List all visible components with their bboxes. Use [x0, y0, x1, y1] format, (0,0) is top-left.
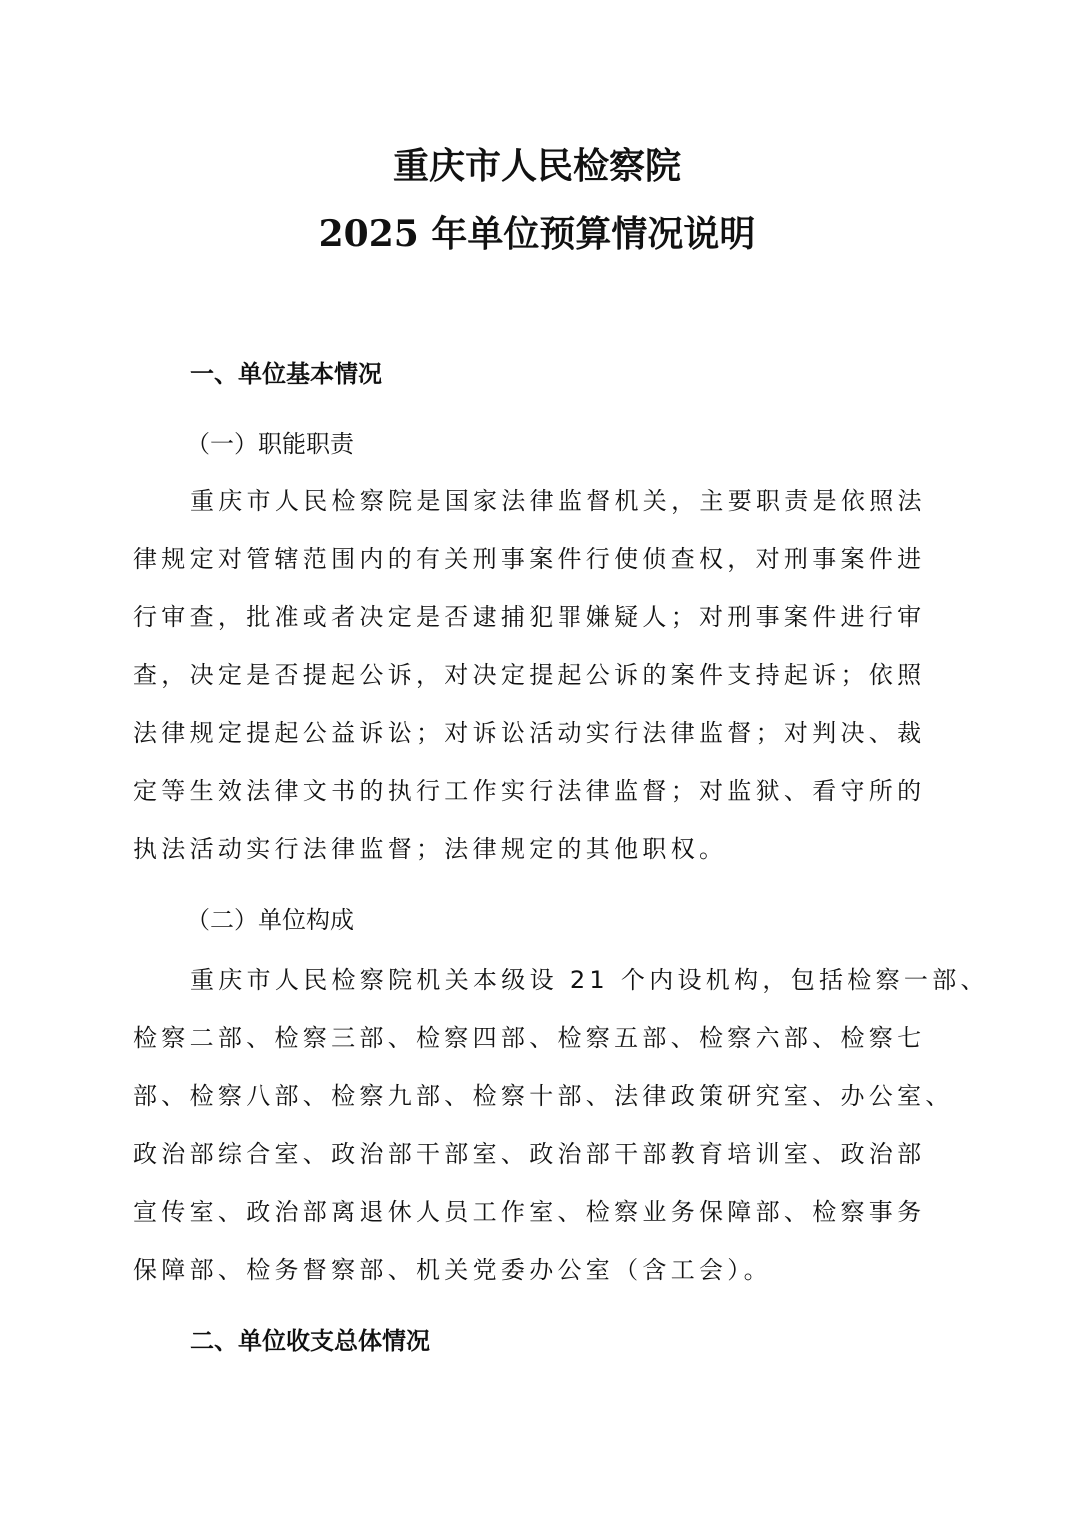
text-line: 部、检察八部、检察九部、检察十部、法律政策研究室、办公室、 [133, 1067, 943, 1125]
subsection-heading-duties: （一）职能职责 [186, 424, 354, 459]
section-heading-income-expenditure: 二、单位收支总体情况 [190, 1321, 430, 1356]
text-line: 执法活动实行法律监督；法律规定的其他职权。 [133, 820, 943, 878]
text-line: 保障部、检务督察部、机关党委办公室（含工会）。 [133, 1241, 943, 1299]
composition-paragraph: 重庆市人民检察院机关本级设 21 个内设机构，包括检察一部、 检察二部、检察三部… [133, 951, 943, 1299]
text-line: 检察二部、检察三部、检察四部、检察五部、检察六部、检察七 [133, 1009, 943, 1067]
text-line: 宣传室、政治部离退休人员工作室、检察业务保障部、检察事务 [133, 1183, 943, 1241]
subsection-heading-composition: （二）单位构成 [186, 900, 354, 935]
text-line: 重庆市人民检察院是国家法律监督机关，主要职责是依照法 [133, 472, 943, 530]
text-line: 行审查，批准或者决定是否逮捕犯罪嫌疑人；对刑事案件进行审 [133, 588, 943, 646]
section-heading-basic-info: 一、单位基本情况 [190, 354, 382, 389]
document-title-org: 重庆市人民检察院 [0, 138, 1074, 189]
text-line: 法律规定提起公益诉讼；对诉讼活动实行法律监督；对判决、裁 [133, 704, 943, 762]
text-line: 定等生效法律文书的执行工作实行法律监督；对监狱、看守所的 [133, 762, 943, 820]
text-line: 律规定对管辖范围内的有关刑事案件行使侦查权，对刑事案件进 [133, 530, 943, 588]
text-line: 查，决定是否提起公诉，对决定提起公诉的案件支持起诉；依照 [133, 646, 943, 704]
text-line: 政治部综合室、政治部干部室、政治部干部教育培训室、政治部 [133, 1125, 943, 1183]
document-title-subject: 2025 年单位预算情况说明 [0, 206, 1074, 257]
duties-paragraph: 重庆市人民检察院是国家法律监督机关，主要职责是依照法 律规定对管辖范围内的有关刑… [133, 472, 943, 878]
text-line: 重庆市人民检察院机关本级设 21 个内设机构，包括检察一部、 [133, 951, 943, 1009]
